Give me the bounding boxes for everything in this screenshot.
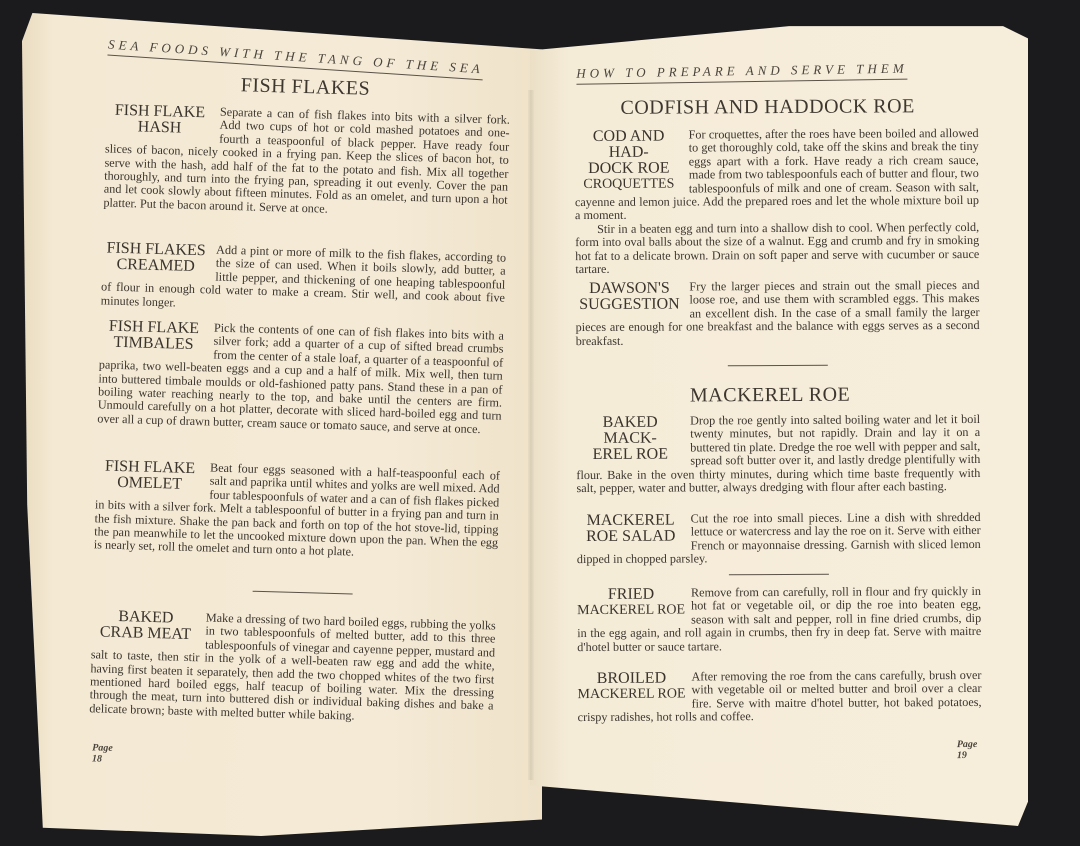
section-title-codfish-haddock-roe: CODFISH AND HADDOCK ROE — [620, 95, 914, 120]
recipe-fish-flakes-creamed: FISH FLAKES CREAMED Add a pint or more o… — [101, 240, 507, 318]
recipe-name: FISH FLAKE OMELET — [95, 458, 204, 493]
recipe-fried-mackerel-roe: FRIED MACKEREL ROE Remove from can caref… — [577, 585, 981, 654]
section-title-fish-flakes: FISH FLAKES — [240, 74, 370, 101]
recipe-mackerel-roe-salad: MACKEREL ROE SALAD Cut the roe into smal… — [577, 511, 981, 567]
recipe-baked-crab-meat: BAKED CRAB MEAT Make a dressing of two h… — [89, 608, 496, 726]
recipe-name: BAKED CRAB MEAT — [91, 608, 200, 643]
recipe-name: BROILED MACKEREL ROE — [577, 670, 685, 703]
recipe-broiled-mackerel-roe: BROILED MACKEREL ROE After removing the … — [577, 669, 981, 725]
recipe-name: FISH FLAKE TIMBALES — [99, 318, 208, 353]
recipe-cod-haddock-roe-croquettes: COD AND HAD- DOCK ROE CROQUETTES For cro… — [575, 127, 980, 277]
recipe-name: FISH FLAKE HASH — [105, 102, 214, 137]
recipe-body-continued: Stir in a beaten egg and turn into a sha… — [575, 221, 979, 277]
recipe-dawsons-suggestion: DAWSON'S SUGGESTION Fry the larger piece… — [575, 279, 979, 348]
recipe-name: FRIED MACKEREL ROE — [577, 587, 685, 620]
page-number-left: Page 18 — [92, 742, 113, 765]
recipe-name: COD AND HAD- DOCK ROE CROQUETTES — [575, 129, 683, 194]
recipe-baked-mackerel-roe: BAKED MACK- EREL ROE Drop the roe gently… — [576, 413, 980, 496]
recipe-name: DAWSON'S SUGGESTION — [575, 281, 683, 314]
recipe-name: MACKEREL ROE SALAD — [577, 513, 685, 546]
recipe-fish-flake-hash: FISH FLAKE HASH Separate a can of fish f… — [103, 102, 510, 220]
book-gutter — [528, 90, 534, 780]
page-number-right: Page 19 — [957, 739, 978, 761]
recipe-fish-flake-timbales: FISH FLAKE TIMBALES Pick the contents of… — [97, 318, 504, 436]
recipe-name: BAKED MACK- EREL ROE — [576, 415, 684, 464]
recipe-name: FISH FLAKES CREAMED — [101, 240, 210, 275]
recipe-fish-flake-omelet: FISH FLAKE OMELET Beat four eggs seasone… — [94, 458, 500, 563]
section-title-mackerel-roe: MACKEREL ROE — [690, 384, 850, 408]
